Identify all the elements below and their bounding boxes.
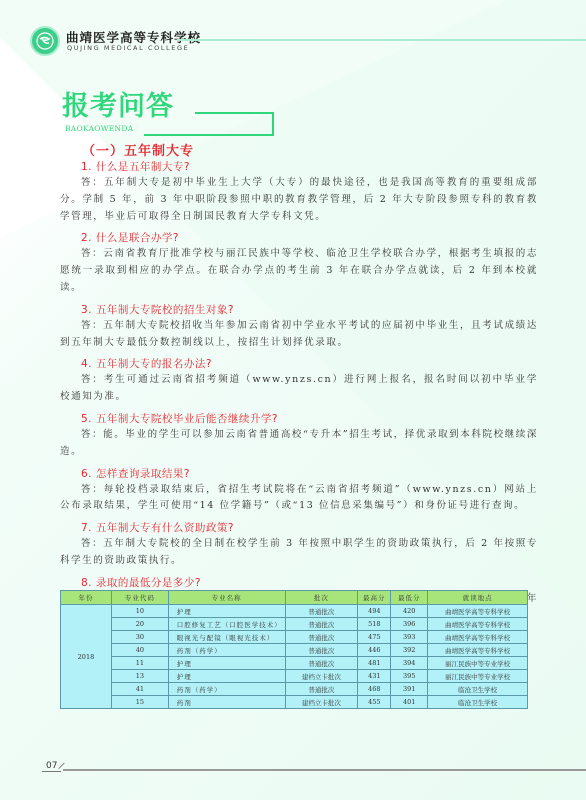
cell-min-score: 420 xyxy=(391,605,428,618)
cell-batch: 建档立卡批次 xyxy=(285,696,358,709)
table-row: 13 护理 建档立卡批次 431 395 丽江民族中等专业学校 xyxy=(61,670,528,683)
cell-major-code: 20 xyxy=(111,618,168,631)
page-header: 曲靖医学高等专科学校 QUJING MEDICAL COLLEGE xyxy=(30,24,586,60)
cell-batch: 普通批次 xyxy=(285,683,358,696)
column-header-min-score: 最低分 xyxy=(391,591,428,605)
column-header-batch: 批次 xyxy=(285,591,358,605)
question: 4. 五年制大专的报名办法? xyxy=(60,357,538,372)
question: 1. 什么是五年制大专? xyxy=(60,160,538,175)
cell-major-name: 眼视光与配镜（眼视光技术） xyxy=(168,631,285,644)
cell-location: 临沧卫生学校 xyxy=(428,696,528,709)
qa-item: 5. 五年制大专院校毕业后能否继续升学? 答：能。毕业的学生可以参加云南省普通高… xyxy=(60,412,538,461)
title-underline xyxy=(144,134,274,136)
cell-max-score: 481 xyxy=(358,657,391,670)
cell-major-code: 41 xyxy=(111,683,168,696)
school-name-en: QUJING MEDICAL COLLEGE xyxy=(67,44,189,52)
table-row: 15 药剂 建档立卡批次 455 401 临沧卫生学校 xyxy=(61,696,528,709)
column-header-major-code: 专业代码 xyxy=(111,591,168,605)
cell-min-score: 394 xyxy=(391,657,428,670)
cell-major-code: 40 xyxy=(111,644,168,657)
cell-max-score: 446 xyxy=(358,644,391,657)
admission-score-table: 年份 专业代码 专业名称 批次 最高分 最低分 就读地点 2018 10 护理 … xyxy=(60,590,528,709)
qa-item: 7. 五年制大专有什么资助政策? 答：五年制大专院校的全日制在校学生前 3 年按… xyxy=(60,521,538,570)
cell-location: 曲靖医学高等专科学校 xyxy=(428,644,528,657)
year-cell: 2018 xyxy=(61,605,112,709)
cell-min-score: 395 xyxy=(391,670,428,683)
cell-major-name: 药剂 xyxy=(168,696,285,709)
qa-item: 1. 什么是五年制大专? 答：五年制大专是初中毕业生上大学（大专）的最快途径，也… xyxy=(60,160,538,225)
column-header-major-name: 专业名称 xyxy=(168,591,285,605)
cell-location: 曲靖医学高等专科学校 xyxy=(428,618,528,631)
cell-min-score: 393 xyxy=(391,631,428,644)
header-divider xyxy=(177,39,586,41)
cell-major-code: 30 xyxy=(111,631,168,644)
cell-max-score: 431 xyxy=(358,670,391,683)
cell-major-name: 药剂（药学） xyxy=(168,683,285,696)
cell-min-score: 392 xyxy=(391,644,428,657)
answer: 答：能。毕业的学生可以参加云南省普通高校“专升本”招生考试，择优录取到本科院校继… xyxy=(60,427,538,461)
answer: 答：考生可通过云南省招考频道（www.ynzs.cn）进行网上报名，报名时间以初… xyxy=(60,372,538,406)
cell-max-score: 455 xyxy=(358,696,391,709)
table-row: 30 眼视光与配镜（眼视光技术） 普通批次 475 393 曲靖医学高等专科学校 xyxy=(61,631,528,644)
column-header-location: 就读地点 xyxy=(428,591,528,605)
cell-batch: 普通批次 xyxy=(285,657,358,670)
cell-major-code: 13 xyxy=(111,670,168,683)
question: 2. 什么是联合办学? xyxy=(60,231,538,246)
school-emblem-icon xyxy=(30,26,60,56)
cell-max-score: 468 xyxy=(358,683,391,696)
cell-location: 临沧卫生学校 xyxy=(428,683,528,696)
question: 6. 怎样查询录取结果? xyxy=(60,467,538,482)
cell-min-score: 401 xyxy=(391,696,428,709)
cell-major-code: 10 xyxy=(111,605,168,618)
cell-location: 丽江民族中等专业学校 xyxy=(428,657,528,670)
table-row: 2018 10 护理 普通批次 494 420 曲靖医学高等专科学校 xyxy=(61,605,528,618)
footer-divider xyxy=(63,769,586,771)
cell-max-score: 494 xyxy=(358,605,391,618)
cell-major-name: 口腔修复工艺（口腔医学技术） xyxy=(168,618,285,631)
qa-list: 1. 什么是五年制大专? 答：五年制大专是初中毕业生上大学（大专）的最快途径，也… xyxy=(60,160,538,630)
table-header-row: 年份 专业代码 专业名称 批次 最高分 最低分 就读地点 xyxy=(61,591,528,605)
cell-min-score: 396 xyxy=(391,618,428,631)
answer: 答：五年制大专院校招收当年参加云南省初中学业水平考试的应届初中毕业生，且考试成绩… xyxy=(60,318,538,352)
cell-major-name: 护理 xyxy=(168,670,285,683)
table-row: 41 药剂（药学） 普通批次 468 391 临沧卫生学校 xyxy=(61,683,528,696)
answer: 答：五年制大专是初中毕业生上大学（大专）的最快途径，也是我国高等教育的重要组成部… xyxy=(60,175,538,225)
qa-item: 3. 五年制大专院校的招生对象? 答：五年制大专院校招收当年参加云南省初中学业水… xyxy=(60,303,538,352)
qa-item: 2. 什么是联合办学? 答：云南省教育厅批准学校与丽江民族中等学校、临沧卫生学校… xyxy=(60,231,538,296)
cell-batch: 普通批次 xyxy=(285,605,358,618)
page-footer: 07 xyxy=(38,763,586,775)
page-title-pinyin: BAOKAOWENDA xyxy=(65,124,133,133)
cell-major-code: 15 xyxy=(111,696,168,709)
table-row: 40 药剂（药学） 普通批次 446 392 曲靖医学高等专科学校 xyxy=(61,644,528,657)
cell-batch: 普通批次 xyxy=(285,644,358,657)
question: 3. 五年制大专院校的招生对象? xyxy=(60,303,538,318)
qa-item: 6. 怎样查询录取结果? 答：每轮投档录取结束后，省招生考试院将在“云南省招考频… xyxy=(60,467,538,516)
table-row: 11 护理 普通批次 481 394 丽江民族中等专业学校 xyxy=(61,657,528,670)
cell-location: 曲靖医学高等专科学校 xyxy=(428,631,528,644)
table-row: 20 口腔修复工艺（口腔医学技术） 普通批次 518 396 曲靖医学高等专科学… xyxy=(61,618,528,631)
cell-major-name: 护理 xyxy=(168,657,285,670)
page-title-block: 报考问答 BAOKAOWENDA xyxy=(62,92,174,122)
answer: 答：五年制大专院校的全日制在校学生前 3 年按照中职学生的资助政策执行，后 2 … xyxy=(60,536,538,570)
cell-major-name: 药剂（药学） xyxy=(168,644,285,657)
cell-major-name: 护理 xyxy=(168,605,285,618)
cell-batch: 普通批次 xyxy=(285,631,358,644)
column-header-year: 年份 xyxy=(61,591,112,605)
cell-location: 丽江民族中等专业学校 xyxy=(428,670,528,683)
cell-location: 曲靖医学高等专科学校 xyxy=(428,605,528,618)
cell-batch: 普通批次 xyxy=(285,618,358,631)
cell-major-code: 11 xyxy=(111,657,168,670)
qa-item: 4. 五年制大专的报名办法? 答：考生可通过云南省招考频道（www.ynzs.c… xyxy=(60,357,538,406)
answer: 答：每轮投档录取结束后，省招生考试院将在“云南省招考频道”（www.ynzs.c… xyxy=(60,482,538,516)
question: 8. 录取的最低分是多少? xyxy=(60,576,538,591)
cell-min-score: 391 xyxy=(391,683,428,696)
question: 5. 五年制大专院校毕业后能否继续升学? xyxy=(60,412,538,427)
cell-max-score: 518 xyxy=(358,618,391,631)
page-title: 报考问答 xyxy=(62,92,174,122)
section-title: （一）五年制大专 xyxy=(82,140,194,159)
cell-batch: 建档立卡批次 xyxy=(285,670,358,683)
question: 7. 五年制大专有什么资助政策? xyxy=(60,521,538,536)
cell-max-score: 475 xyxy=(358,631,391,644)
column-header-max-score: 最高分 xyxy=(358,591,391,605)
answer: 答：云南省教育厅批准学校与丽江民族中等学校、临沧卫生学校联合办学，根据考生填报的… xyxy=(60,246,538,296)
title-bracket-decoration xyxy=(195,112,274,134)
